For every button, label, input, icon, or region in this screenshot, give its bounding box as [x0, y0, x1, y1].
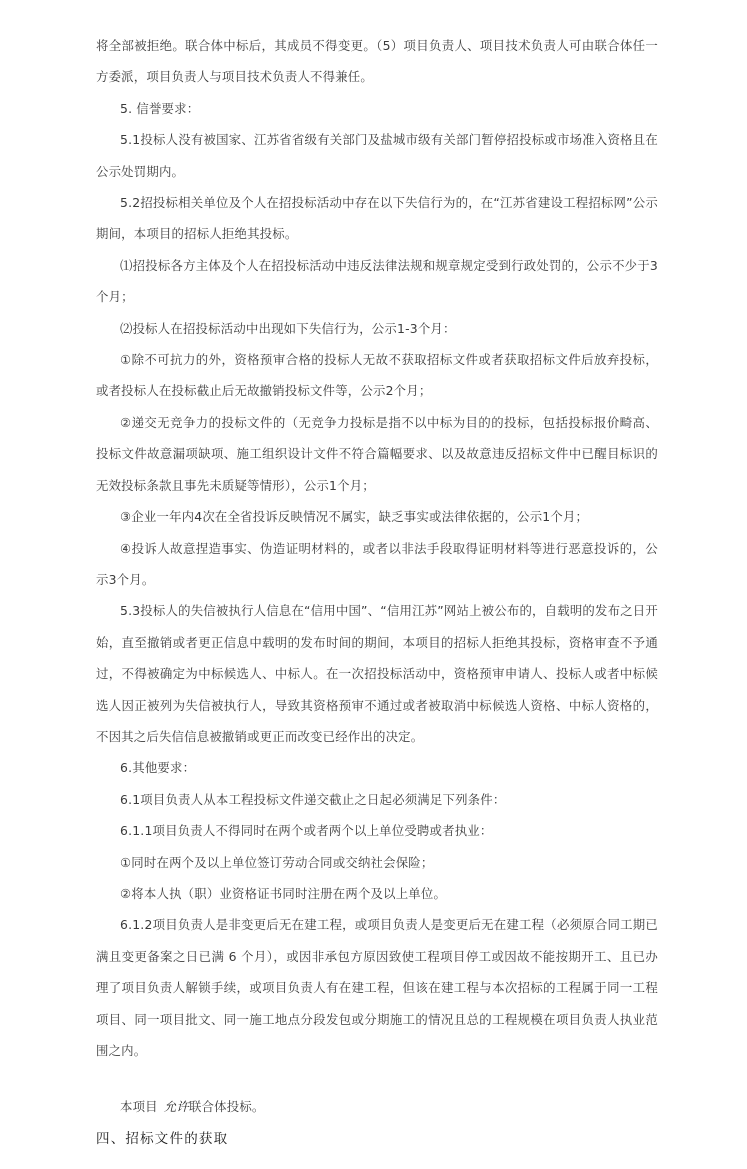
paragraph-6-1-1-item-2: ②将本人执（职）业资格证书同时注册在两个及以上单位。 — [96, 878, 658, 909]
paragraph-6-1-1-item-1: ①同时在两个及以上单位签订劳动合同或交纳社会保险； — [96, 847, 658, 878]
paragraph-credit-requirements-title: 5. 信誉要求： — [96, 93, 658, 124]
paragraph-other-requirements-title: 6.其他要求： — [96, 752, 658, 783]
paragraph-6-1: 6.1项目负责人从本工程投标文件递交截止之日起必须满足下列条件： — [96, 784, 658, 815]
paragraph-consortium-rules: 将全部被拒绝。联合体中标后，其成员不得变更。（5）项目负责人、项目技术负责人可由… — [96, 30, 658, 93]
consortium-suffix: 联合体投标。 — [189, 1099, 265, 1114]
paragraph-5-2-item-2-sub-1: ①除不可抗力的外，资格预审合格的投标人无故不获取招标文件或者获取招标文件后放弃投… — [96, 344, 658, 407]
paragraph-5-2-item-2: ⑵投标人在招投标活动中出现如下失信行为，公示1-3个月： — [96, 313, 658, 344]
handwritten-fill-in: 允许 — [164, 1099, 189, 1114]
spacer — [96, 1066, 658, 1091]
paragraph-6-1-1: 6.1.1项目负责人不得同时在两个或者两个以上单位受聘或者执业： — [96, 815, 658, 846]
paragraph-consortium-allowed: 本项目允许联合体投标。 — [96, 1091, 658, 1122]
paragraph-6-1-2: 6.1.2项目负责人是非变更后无在建工程，或项目负责人是变更后无在建工程（必须原… — [96, 909, 658, 1066]
section-heading-obtain-tender-documents: 四、招标文件的获取 — [96, 1125, 658, 1153]
paragraph-5-2-item-2-sub-4: ④投诉人故意捏造事实、伪造证明材料的，或者以非法手段取得证明材料等进行恶意投诉的… — [96, 533, 658, 596]
document-page: 将全部被拒绝。联合体中标后，其成员不得变更。（5）项目负责人、项目技术负责人可由… — [96, 30, 658, 1153]
paragraph-5-2-item-2-sub-2: ②递交无竞争力的投标文件的（无竞争力投标是指不以中标为目的的投标，包括投标报价畸… — [96, 407, 658, 501]
paragraph-5-2-item-2-sub-3: ③企业一年内4次在全省投诉反映情况不属实，缺乏事实或法律依据的，公示1个月； — [96, 501, 658, 532]
paragraph-5-1: 5.1投标人没有被国家、江苏省省级有关部门及盐城市级有关部门暂停招投标或市场准入… — [96, 124, 658, 187]
consortium-prefix: 本项目 — [120, 1099, 158, 1114]
paragraph-5-2: 5.2招投标相关单位及个人在招投标活动中存在以下失信行为的，在“江苏省建设工程招… — [96, 187, 658, 250]
paragraph-5-2-item-1: ⑴招投标各方主体及个人在招投标活动中违反法律法规和规章规定受到行政处罚的，公示不… — [96, 250, 658, 313]
paragraph-5-3: 5.3投标人的失信被执行人信息在“信用中国”、“信用江苏”网站上被公布的，自载明… — [96, 595, 658, 752]
